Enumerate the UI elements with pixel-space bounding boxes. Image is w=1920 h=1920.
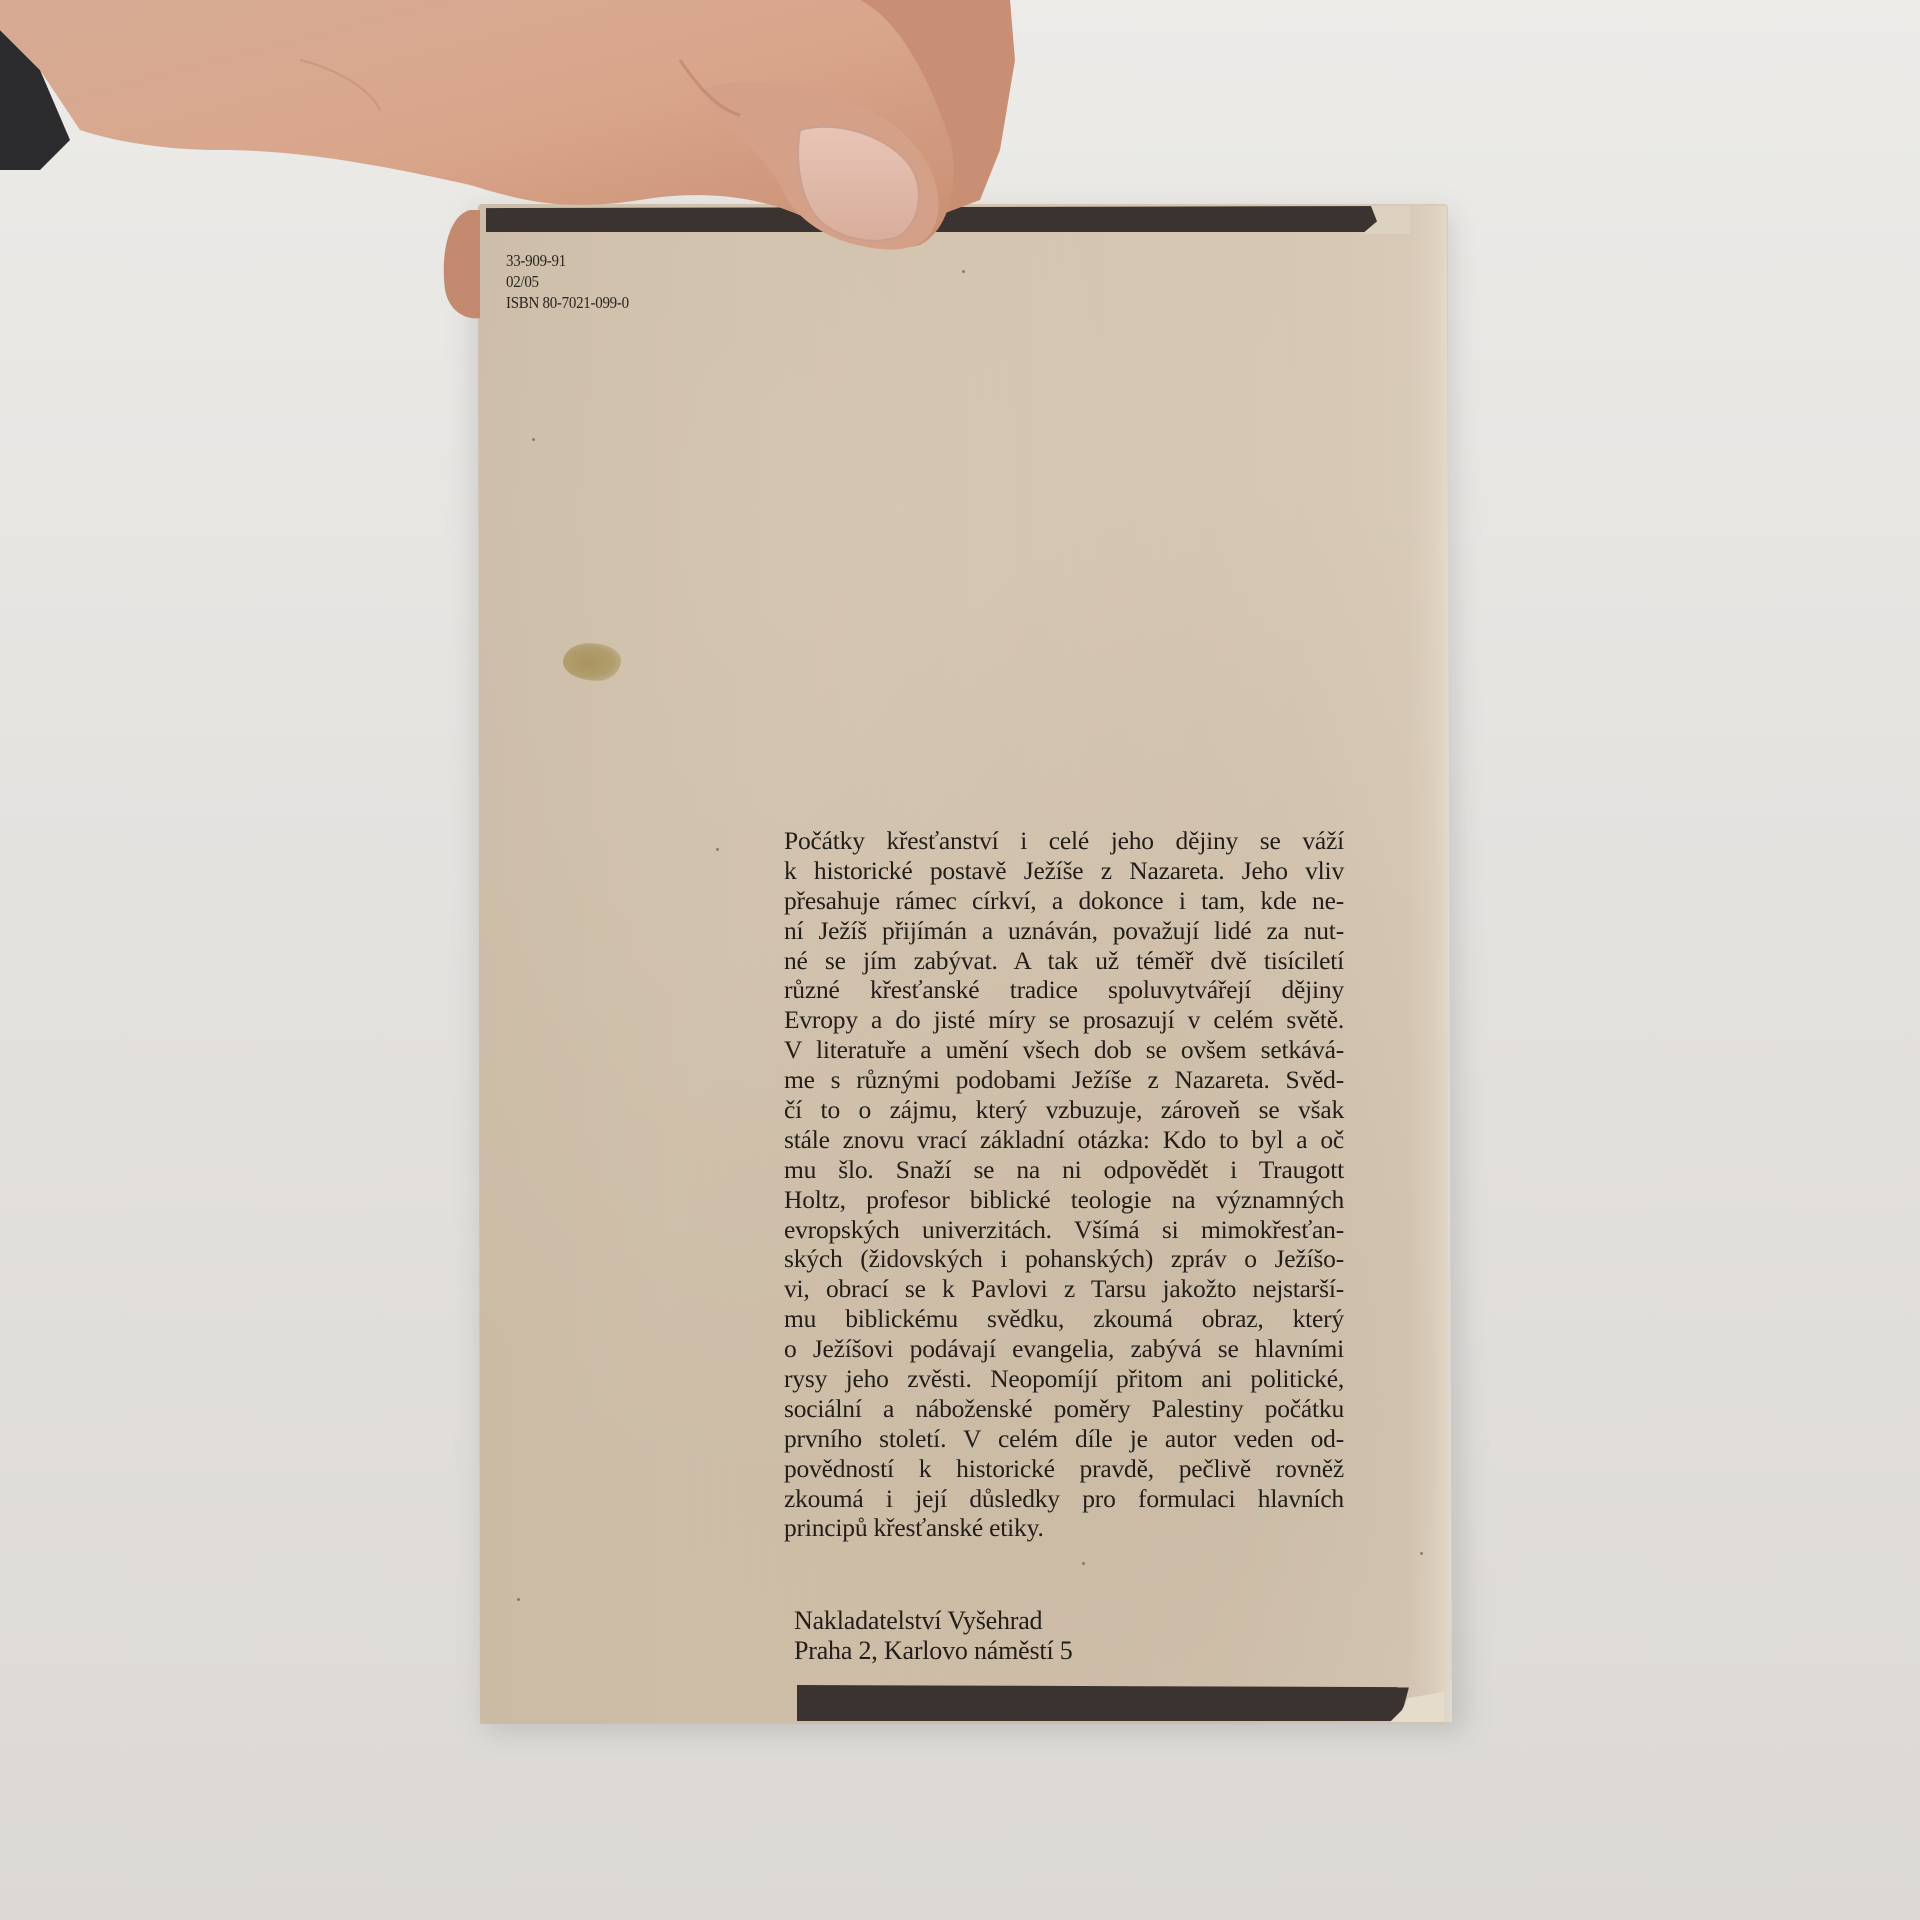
publisher-name: Nakladatelství Vyšehrad [794,1606,1073,1636]
paper-speck [532,438,535,441]
blurb-line: vi, obrací se k Pavlovi z Tarsu jakožto … [784,1274,1344,1304]
blurb-line: různé křesťanské tradice spoluvytvářejí … [784,975,1344,1005]
blurb-line: principů křesťanské etiky. [784,1513,1344,1543]
publisher-info: Nakladatelství Vyšehrad Praha 2, Karlovo… [794,1606,1073,1666]
blurb-line: k historické postavě Ježíše z Nazareta. … [784,856,1344,886]
bottom-dark-stripe [797,1685,1409,1721]
paper-speck [517,1598,520,1601]
publisher-address: Praha 2, Karlovo náměstí 5 [794,1636,1073,1666]
blurb-line: povědností k historické pravdě, pečlivě … [784,1454,1344,1484]
paper-speck [716,848,719,851]
blurb-line: evropských univerzitách. Všímá si mimokř… [784,1215,1344,1245]
blurb-line: Počátky křesťanství i celé jeho dějiny s… [784,826,1344,856]
hand-icon [0,0,1060,330]
blurb-line: o Ježíšovi podávají evangelia, zabývá se… [784,1334,1344,1364]
photo-scene: 33-909-91 02/05 ISBN 80-7021-099-0 Počát… [0,0,1920,1920]
blurb-line: mu šlo. Snaží se na ni odpovědět i Traug… [784,1155,1344,1185]
book-page-edge [1408,206,1452,1722]
blurb-line: prvního století. V celém díle je autor v… [784,1424,1344,1454]
blurb-line: ní Ježíš přijímán a uznáván, považují li… [784,916,1344,946]
blurb-line: stále znovu vrací základní otázka: Kdo t… [784,1125,1344,1155]
blurb-line: ských (židovských i pohanských) zpráv o … [784,1244,1344,1274]
blurb-line: Evropy a do jisté míry se prosazují v ce… [784,1005,1344,1035]
paper-speck [1082,1562,1085,1565]
blurb-line: me s různými podobami Ježíše z Nazareta.… [784,1065,1344,1095]
book-blurb: Počátky křesťanství i celé jeho dějiny s… [784,826,1344,1543]
blurb-line: mu biblickému svědku, zkoumá obraz, kter… [784,1304,1344,1334]
blurb-line: V literatuře a umění všech dob se ovšem … [784,1035,1344,1065]
blurb-line: Holtz, profesor biblické teologie na výz… [784,1185,1344,1215]
blurb-line: přesahuje rámec církví, a dokonce i tam,… [784,886,1344,916]
blurb-line: zkoumá i její důsledky pro formulaci hla… [784,1484,1344,1514]
blurb-line: né se jím zabývat. A tak už téměř dvě ti… [784,946,1344,976]
blurb-line: čí to o zájmu, který vzbuzuje, zároveň s… [784,1095,1344,1125]
blurb-line: sociální a náboženské poměry Palestiny p… [784,1394,1344,1424]
blurb-line: rysy jeho zvěsti. Neopomíjí přitom ani p… [784,1364,1344,1394]
paper-speck [1420,1552,1423,1555]
